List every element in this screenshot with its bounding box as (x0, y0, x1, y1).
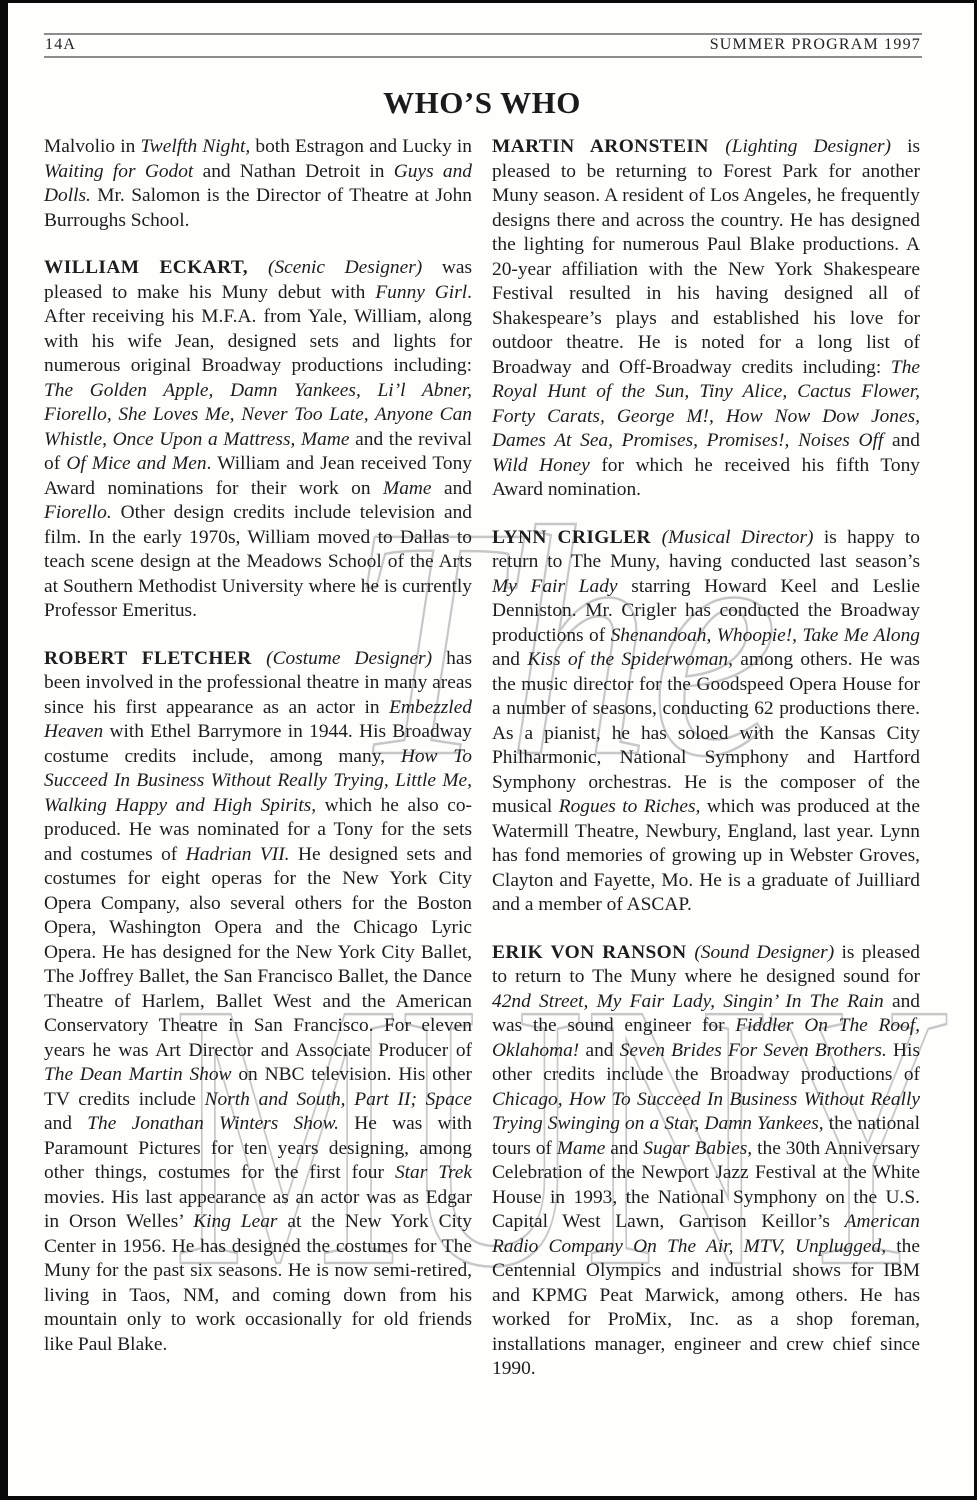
program-title: SUMMER PROGRAM 1997 (710, 36, 921, 54)
left-column: Malvolio in Twelfth Night, both Estragon… (44, 135, 472, 1382)
bio-paragraph-lynn-crigler: LYNN CRIGLER (Musical Director) is happy… (492, 526, 920, 918)
bio-paragraph-robert-fletcher: ROBERT FLETCHER (Costume Designer) has b… (44, 647, 472, 1358)
bio-paragraph-william-eckart: WILLIAM ECKART, (Scenic Designer) was pl… (44, 256, 472, 624)
bio-paragraph-martin-aronstein: MARTIN ARONSTEIN (Lighting Designer) is … (492, 135, 920, 503)
scanned-program-page: { "header": { "page_number": "14A", "pro… (0, 0, 977, 1500)
page-number: 14A (45, 36, 76, 54)
running-header: 14A SUMMER PROGRAM 1997 (44, 33, 922, 58)
right-column: MARTIN ARONSTEIN (Lighting Designer) is … (492, 135, 920, 1382)
bio-columns: Malvolio in Twelfth Night, both Estragon… (44, 135, 920, 1382)
page-title: WHO’S WHO (44, 85, 920, 121)
program-page: The MUNY 14A SUMMER PROGRAM 1997 WHO’S W… (8, 3, 974, 1496)
bio-paragraph-salomon-continued: Malvolio in Twelfth Night, both Estragon… (44, 135, 472, 233)
bio-paragraph-erik-von-ranson: ERIK VON RANSON (Sound Designer) is plea… (492, 941, 920, 1382)
